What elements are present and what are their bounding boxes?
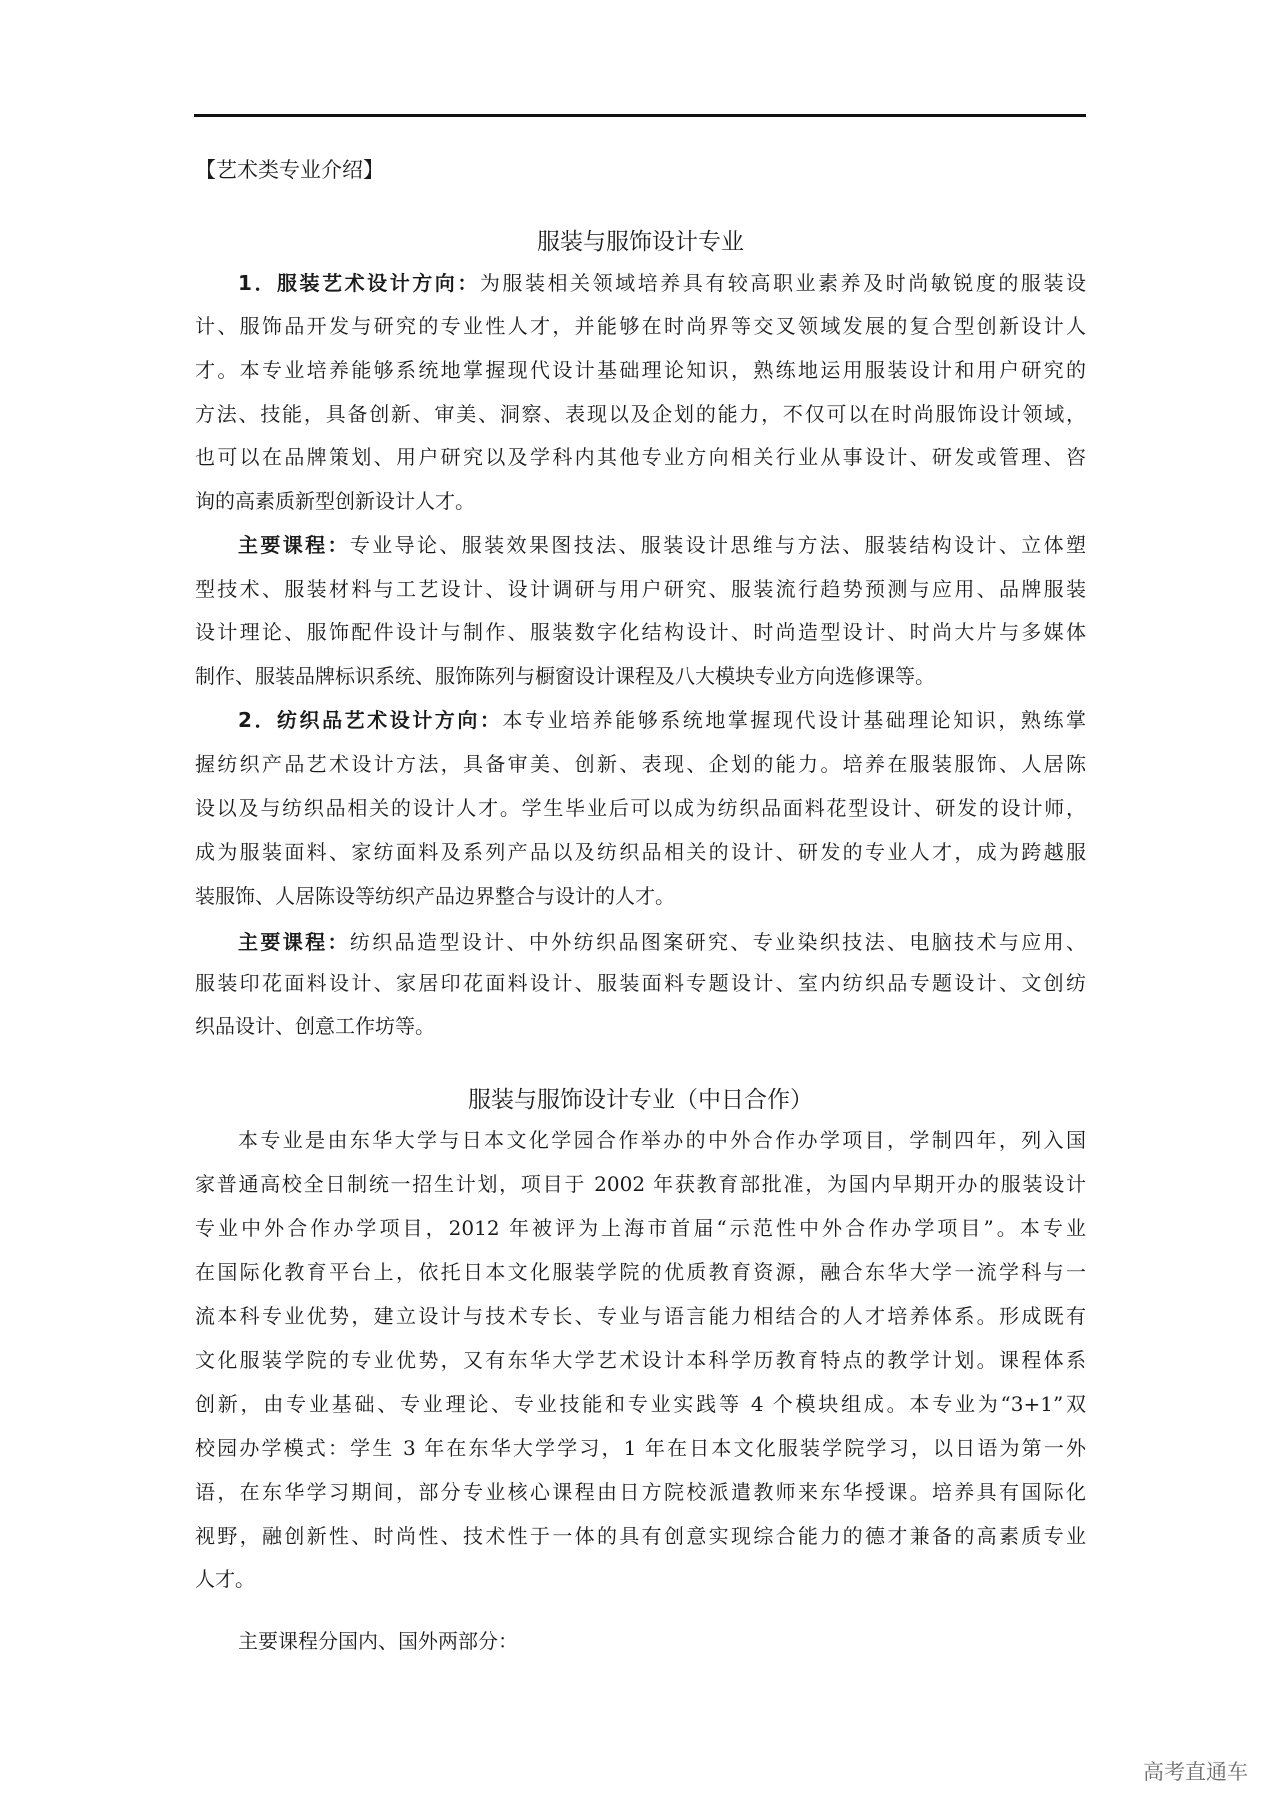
major-title-sino-japanese: 服装与服饰设计专业（中日合作）: [195, 1084, 1086, 1116]
paragraph-line: 方法、技能，具备创新、审美、洞察、表现以及企划的能力，不仅可以在时尚服饰设计领域…: [195, 399, 1086, 429]
paragraph-line: 在国际化教育平台上，依托日本文化服装学院的优质教育资源，融合东华大学一流学科与一: [195, 1257, 1086, 1287]
paragraph-line: 服装印花面料设计、家居印花面料设计、服装面料专题设计、室内纺织品专题设计、文创纺: [195, 968, 1086, 998]
paragraph-line: 计、服饰品开发与研究的专业性人才，并能够在时尚界等交叉领域发展的复合型创新设计人: [195, 311, 1086, 341]
paragraph-line: 握纺织产品艺术设计方法，具备审美、创新、表现、企划的能力。培养在服装服饰、人居陈: [195, 749, 1086, 779]
paragraph-line: 校园办学模式：学生 3 年在东华大学学习，1 年在日本文化服装学院学习，以日语为…: [195, 1433, 1086, 1463]
paragraph-line: 装服饰、人居陈设等纺织产品边界整合与设计的人才。: [195, 881, 1086, 911]
paragraph-line: 创新，由专业基础、专业理论、专业技能和专业实践等 4 个模块组成。本专业为“3+…: [195, 1389, 1086, 1419]
paragraph-line: 流本科专业优势，建立设计与技术专长、专业与语言能力相结合的人才培养体系。形成既有: [195, 1301, 1086, 1331]
paragraph-line: 设计理论、服饰配件设计与制作、服装数字化结构设计、时尚造型设计、时尚大片与多媒体: [195, 617, 1086, 647]
paragraph-line: 设以及与纺织品相关的设计人才。学生毕业后可以成为纺织品面料花型设计、研发的设计师…: [195, 793, 1086, 823]
paragraph-line: 织品设计、创意工作坊等。: [195, 1011, 1086, 1041]
courses-note: 主要课程分国内、国外两部分：: [238, 1626, 1086, 1656]
paragraph-line: 主要课程：纺织品造型设计、中外纺织品图案研究、专业染织技法、电脑技术与应用、: [238, 927, 1086, 957]
paragraph-line: 专业中外合作办学项目，2012 年被评为上海市首届“示范性中外合作办学项目”。本…: [195, 1213, 1086, 1243]
paragraph-line: 才。本专业培养能够系统地掌握现代设计基础理论知识，熟练地运用服装设计和用户研究的: [195, 355, 1086, 385]
paragraph-line: 家普通高校全日制统一招生计划，项目于 2002 年获教育部批准，为国内早期开办的…: [195, 1169, 1086, 1199]
courses-2-heading: 主要课程：: [238, 930, 350, 954]
paragraph-line: 询的高素质新型创新设计人才。: [195, 486, 1086, 516]
paragraph-line: 主要课程：专业导论、服装效果图技法、服装设计思维与方法、服装结构设计、立体塑: [238, 530, 1086, 560]
paragraph-line: 型技术、服装材料与工艺设计、设计调研与用户研究、服装流行趋势预测与应用、品牌服装: [195, 574, 1086, 604]
paragraph-line: 本专业是由东华大学与日本文化学园合作举办的中外合作办学项目，学制四年，列入国: [238, 1125, 1086, 1155]
section-label: 【艺术类专业介绍】: [195, 156, 384, 184]
major-title-fashion-design: 服装与服饰设计专业: [195, 226, 1086, 258]
paragraph-line: 视野，融创新性、时尚性、技术性于一体的具有创意实现综合能力的德才兼备的高素质专业: [195, 1521, 1086, 1551]
paragraph-line: 2．纺织品艺术设计方向：本专业培养能够系统地掌握现代设计基础理论知识，熟练掌: [238, 705, 1086, 735]
direction-1-heading: 1．服装艺术设计方向：: [238, 271, 480, 295]
paragraph-line: 人才。: [195, 1564, 1086, 1594]
paragraph-line: 语，在东华学习期间，部分专业核心课程由日方院校派遣教师来东华授课。培养具有国际化: [195, 1477, 1086, 1507]
courses-1-heading: 主要课程：: [238, 533, 350, 557]
watermark-text: 高考直通车: [1143, 1756, 1248, 1786]
paragraph-line: 成为服装面料、家纺面料及系列产品以及纺织品相关的设计、研发的专业人才，成为跨越服: [195, 837, 1086, 867]
paragraph-line: 1．服装艺术设计方向：为服装相关领域培养具有较高职业素养及时尚敏锐度的服装设: [238, 268, 1086, 298]
header-rule: [194, 114, 1086, 117]
direction-2-heading: 2．纺织品艺术设计方向：: [238, 708, 502, 732]
paragraph-line: 制作、服装品牌标识系统、服饰陈列与橱窗设计课程及八大模块专业方向选修课等。: [195, 661, 1086, 691]
paragraph-line: 也可以在品牌策划、用户研究以及学科内其他专业方向相关行业从事设计、研发或管理、咨: [195, 442, 1086, 472]
paragraph-line: 文化服装学院的专业优势，又有东华大学艺术设计本科学历教育特点的教学计划。课程体系: [195, 1345, 1086, 1375]
